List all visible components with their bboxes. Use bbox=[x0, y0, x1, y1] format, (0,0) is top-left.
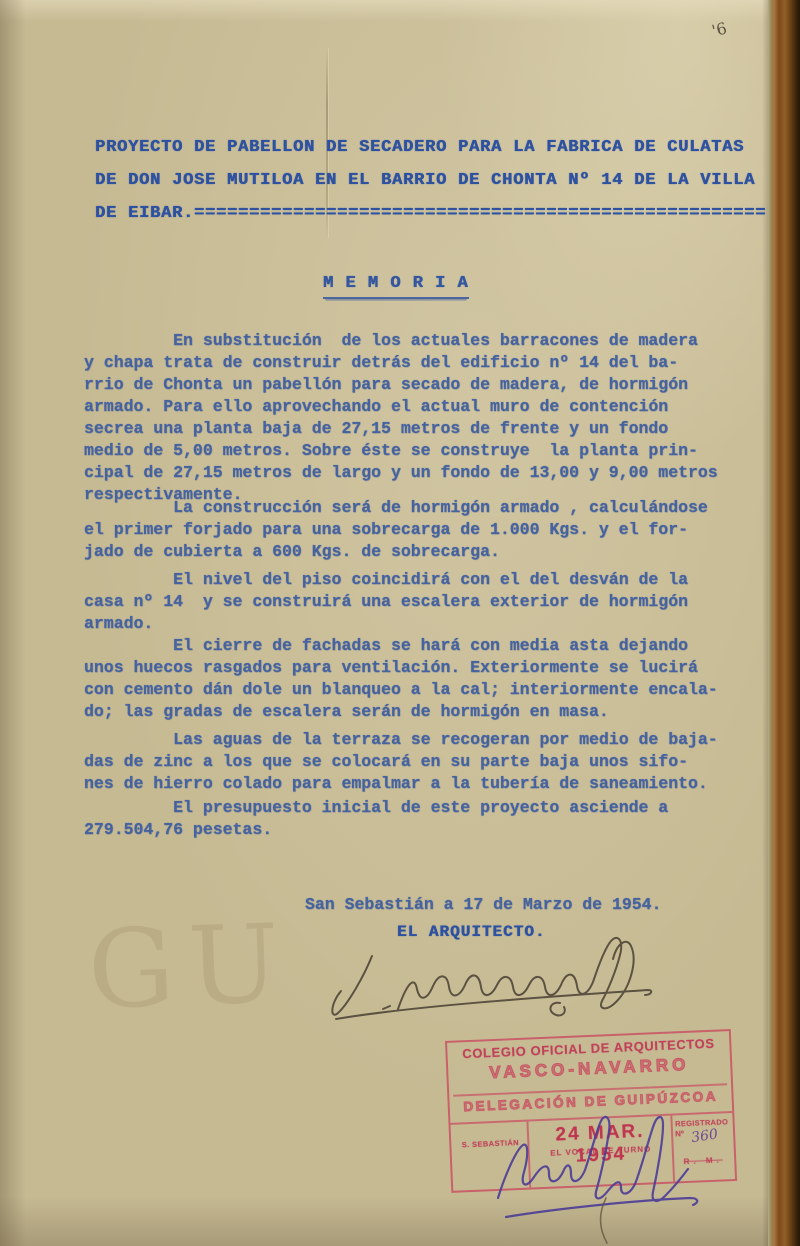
paragraph-6: El presupuesto inicial de este proyecto … bbox=[84, 797, 756, 841]
document-title-line-1: PROYECTO DE PABELLON DE SECADERO PARA LA… bbox=[95, 138, 744, 157]
paragraph-4: El cierre de fachadas se hará con media … bbox=[84, 635, 756, 723]
signer-title: EL ARQUITECTO. bbox=[397, 923, 545, 941]
document-title-line-3: DE EIBAR.===============================… bbox=[95, 204, 766, 223]
stamp-bottom-note: R. M. bbox=[674, 1155, 732, 1166]
date-line: San Sebastián a 17 de Marzo de 1954. bbox=[305, 895, 661, 914]
paragraph-3: El nivel del piso coincidirá con el del … bbox=[84, 569, 756, 635]
stamp-registered-label: REGISTRADO bbox=[672, 1117, 730, 1128]
document-title-line-2: DE DON JOSE MUTILOA EN EL BARRIO DE CHON… bbox=[95, 171, 755, 190]
memoria-heading: M E M O R I A bbox=[323, 274, 469, 299]
paragraph-5: Las aguas de la terraza se recogeran por… bbox=[84, 729, 756, 795]
stamp-city: S. SEBASTIÁN bbox=[453, 1138, 527, 1150]
paper-watermark: GU bbox=[86, 901, 296, 1033]
official-stamp: COLEGIO OFICIAL DE ARQUITECTOS VASCO-NAV… bbox=[445, 1029, 737, 1193]
scanned-document: { "annotations": { "page_number": "'6" }… bbox=[0, 0, 800, 1246]
stamp-number-label: Nº bbox=[675, 1129, 684, 1138]
paragraph-1: En substitución de los actuales barracon… bbox=[84, 330, 756, 506]
binding-edge bbox=[768, 0, 800, 1246]
paragraph-2: La construcción será de hormigón armado … bbox=[84, 497, 756, 563]
stamp-registration-number: 360 bbox=[690, 1126, 719, 1146]
